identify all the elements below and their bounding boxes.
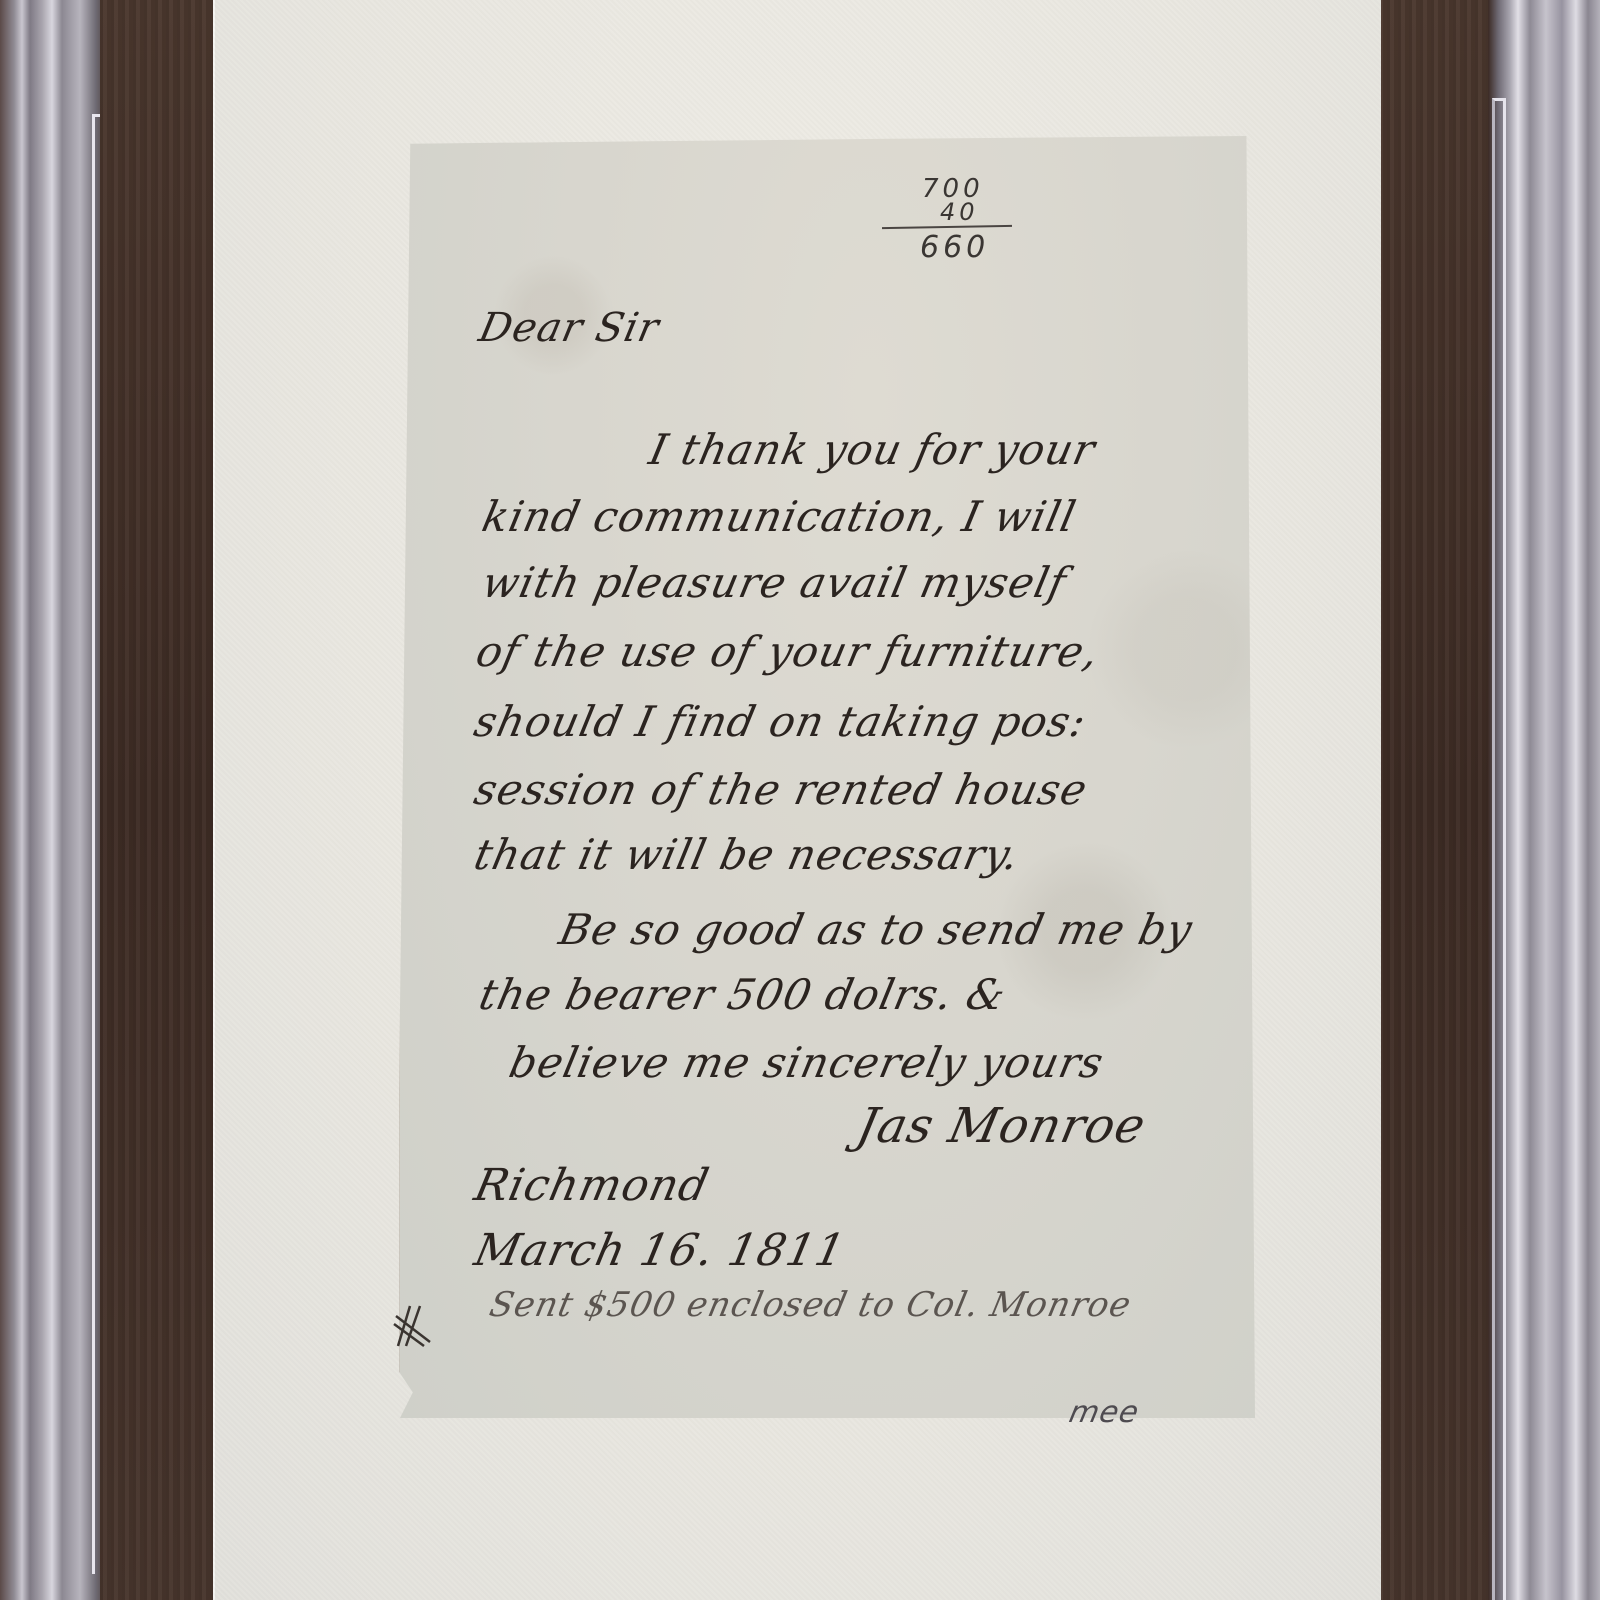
body-line-9: the bearer 500 dolrs. & — [475, 970, 1011, 1019]
pencil-initials: mee — [1066, 1395, 1143, 1430]
place-line: Richmond — [470, 1160, 714, 1211]
docket-note: Sent $500 enclosed to Col. Monroe — [486, 1285, 1135, 1325]
body-line-7: that it will be necessary. — [470, 830, 1024, 879]
salutation: Dear Sir — [475, 305, 664, 351]
acrylic-edge-left — [0, 0, 108, 1600]
body-line-8: Be so good as to send me by — [555, 905, 1197, 954]
body-line-6: session of the rented house — [470, 765, 1092, 814]
body-line-2: kind communication, I will — [478, 492, 1081, 541]
body-line-5: should I find on taking pos: — [470, 697, 1091, 746]
calc-result: 660 — [920, 230, 989, 265]
body-line-3: with pleasure avail myself — [478, 558, 1071, 607]
calc-subtract: 40 — [940, 198, 979, 226]
body-line-1: I thank you for your — [645, 425, 1100, 474]
acrylic-edge-right — [1488, 0, 1600, 1600]
body-line-4: of the use of your furniture, — [472, 627, 1104, 676]
hash-tally-icon — [392, 1304, 436, 1348]
date-line: March 16. 1811 — [470, 1225, 850, 1276]
signature: Jas Monroe — [852, 1098, 1151, 1154]
body-line-10: believe me sincerely yours — [505, 1038, 1108, 1087]
framed-letter-photo: 700 40 660 Dear Sir I thank you for your… — [0, 0, 1600, 1600]
